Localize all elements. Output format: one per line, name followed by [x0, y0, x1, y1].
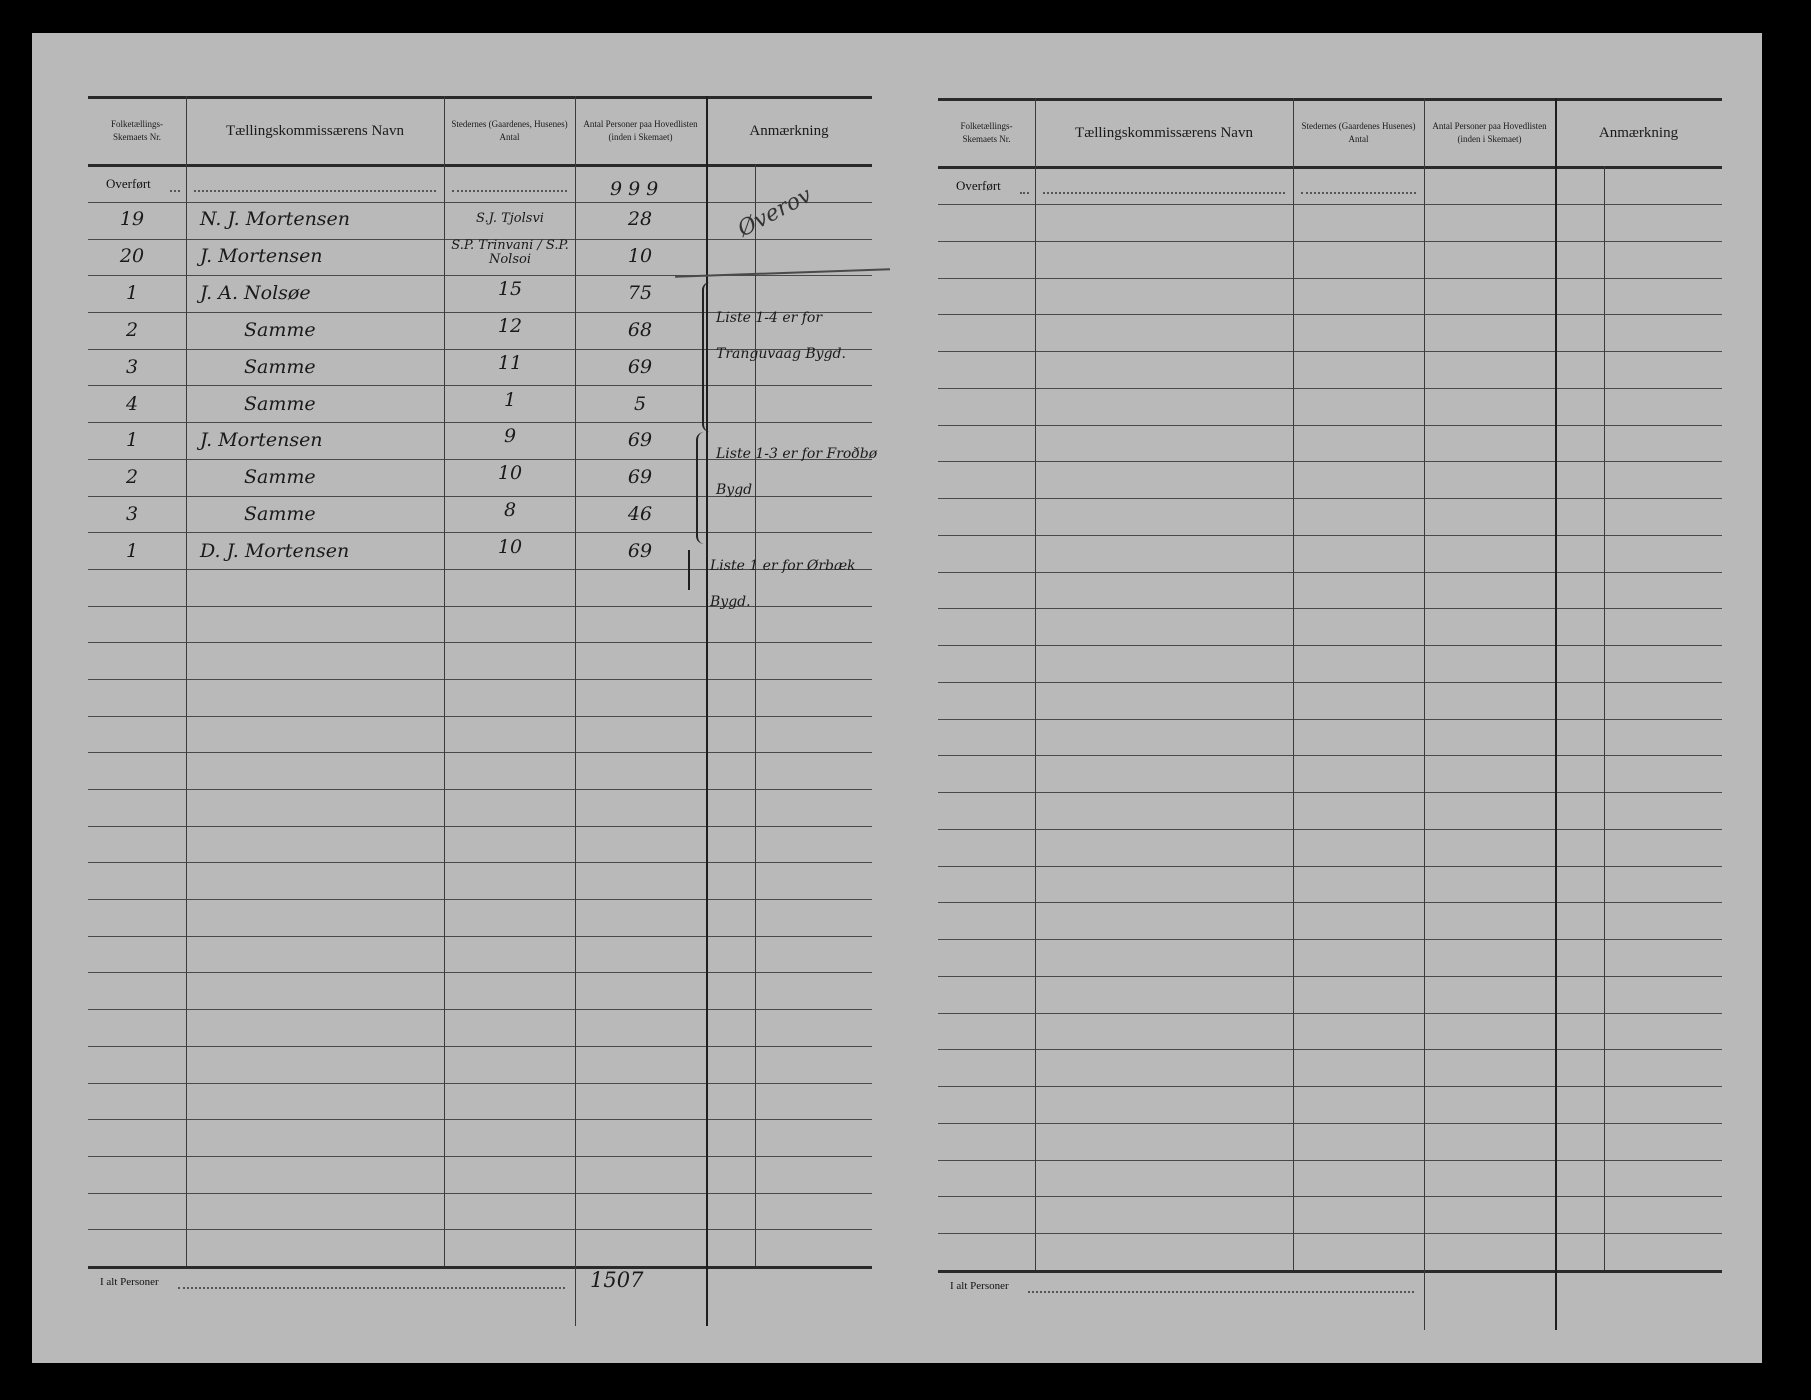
places-count: 1 — [450, 393, 570, 407]
places-count: 10 — [450, 466, 570, 480]
remark-bar — [688, 550, 690, 590]
form-number: 1 — [112, 429, 152, 451]
form-number: 3 — [112, 356, 152, 378]
places-count: 15 — [450, 282, 570, 296]
total-divider — [575, 1266, 576, 1326]
form-number: 2 — [112, 319, 152, 341]
column-divider — [444, 96, 445, 1266]
persons-count: 10 — [600, 245, 680, 267]
carried-over-label: Overført — [956, 178, 1001, 194]
total-persons: 1507 — [590, 1268, 643, 1292]
header-form-number: Folketællings-Skemaets Nr. — [944, 102, 1029, 164]
commissioner-name: Samme — [244, 393, 316, 415]
form-number: 3 — [112, 503, 152, 525]
header-form-number: Folketællings-Skemaets Nr. — [94, 100, 180, 162]
persons-count: 28 — [600, 208, 680, 230]
commissioner-name: D. J. Mortensen — [200, 540, 349, 562]
remark-brace — [702, 282, 712, 432]
remark-brace — [696, 432, 706, 544]
leader-dots — [178, 1287, 565, 1289]
form-number: 1 — [112, 282, 152, 304]
column-divider — [1424, 98, 1425, 1270]
form-number: 19 — [112, 208, 152, 230]
total-label: I alt Personer — [950, 1280, 1009, 1292]
places-count: 8 — [450, 503, 570, 517]
leader-dots — [1043, 192, 1285, 194]
remark-area: Øverov — [734, 183, 816, 242]
header-commissioner-name: Tællingskommissærens Navn — [1041, 102, 1287, 164]
form-number: 1 — [112, 540, 152, 562]
persons-count: 69 — [600, 356, 680, 378]
column-divider — [1035, 98, 1036, 1270]
persons-count: 69 — [600, 429, 680, 451]
column-divider — [186, 96, 187, 1266]
places-count: S.J. Tjolsvi — [450, 212, 570, 226]
header-persons-count: Antal Personer paa Hovedlisten (inden i … — [1430, 102, 1549, 164]
places-count: 9 — [450, 429, 570, 443]
table-bottom-rule — [938, 1270, 1722, 1273]
commissioner-name: N. J. Mortensen — [200, 208, 350, 230]
persons-count: 46 — [600, 503, 680, 525]
header-remark: Anmærkning — [1561, 102, 1716, 164]
persons-count: 5 — [600, 393, 680, 415]
leader-dots — [1028, 1291, 1414, 1293]
total-label: I alt Personer — [100, 1276, 159, 1288]
header-remark: Anmærkning — [712, 100, 866, 162]
form-number: 20 — [112, 245, 152, 267]
header-persons-count: Antal Personer paa Hovedlisten (inden i … — [581, 100, 700, 162]
remark-column-divider — [706, 96, 708, 1326]
leader-dots — [452, 190, 567, 192]
leader-dots — [170, 190, 180, 192]
places-count: 11 — [450, 356, 570, 370]
carried-over-persons: 999 — [610, 178, 664, 200]
persons-count: 75 — [600, 282, 680, 304]
commissioner-name: Samme — [244, 319, 316, 341]
places-count: 12 — [450, 319, 570, 333]
header-top-rule — [938, 98, 1722, 101]
places-count: 10 — [450, 540, 570, 554]
leader-dots — [194, 190, 436, 192]
places-count: S.P. Trinvani / S.P. Nolsoi — [450, 239, 570, 267]
form-number: 4 — [112, 393, 152, 415]
form-number: 2 — [112, 466, 152, 488]
commissioner-name: J. A. Nolsøe — [200, 282, 311, 304]
commissioner-name: J. Mortensen — [200, 429, 323, 451]
remark-subdivider — [1604, 166, 1605, 1270]
commissioner-name: Samme — [244, 356, 316, 378]
total-divider — [1424, 1270, 1425, 1330]
persons-count: 69 — [600, 540, 680, 562]
remark-note-3: Liste 1 er for Ørbæk Bygd. — [710, 548, 890, 620]
header-places-count: Stedernes (Gaardenes, Husenes) Antal — [450, 100, 569, 162]
commissioner-name: Samme — [244, 503, 316, 525]
header-places-count: Stedernes (Gaardenes Husenes) Antal — [1299, 102, 1418, 164]
commissioner-name: Samme — [244, 466, 316, 488]
remark-note-2: Liste 1-3 er for Froðbø Bygd — [716, 436, 886, 508]
leader-dots — [1301, 192, 1416, 194]
remark-note-1: Liste 1-4 er for Tranguvaag Bygd. — [716, 300, 886, 372]
column-divider — [575, 96, 576, 1266]
carried-over-label: Overført — [106, 176, 151, 192]
persons-count: 69 — [600, 466, 680, 488]
census-sheet: Folketællings-Skemaets Nr.Tællingskommis… — [32, 33, 1762, 1363]
persons-count: 68 — [600, 319, 680, 341]
remark-column-divider — [1555, 98, 1557, 1330]
header-top-rule — [88, 96, 872, 99]
table-bottom-rule — [88, 1266, 872, 1269]
column-divider — [1293, 98, 1294, 1270]
header-commissioner-name: Tællingskommissærens Navn — [192, 100, 438, 162]
commissioner-name: J. Mortensen — [200, 245, 323, 267]
leader-dots — [1020, 192, 1029, 194]
